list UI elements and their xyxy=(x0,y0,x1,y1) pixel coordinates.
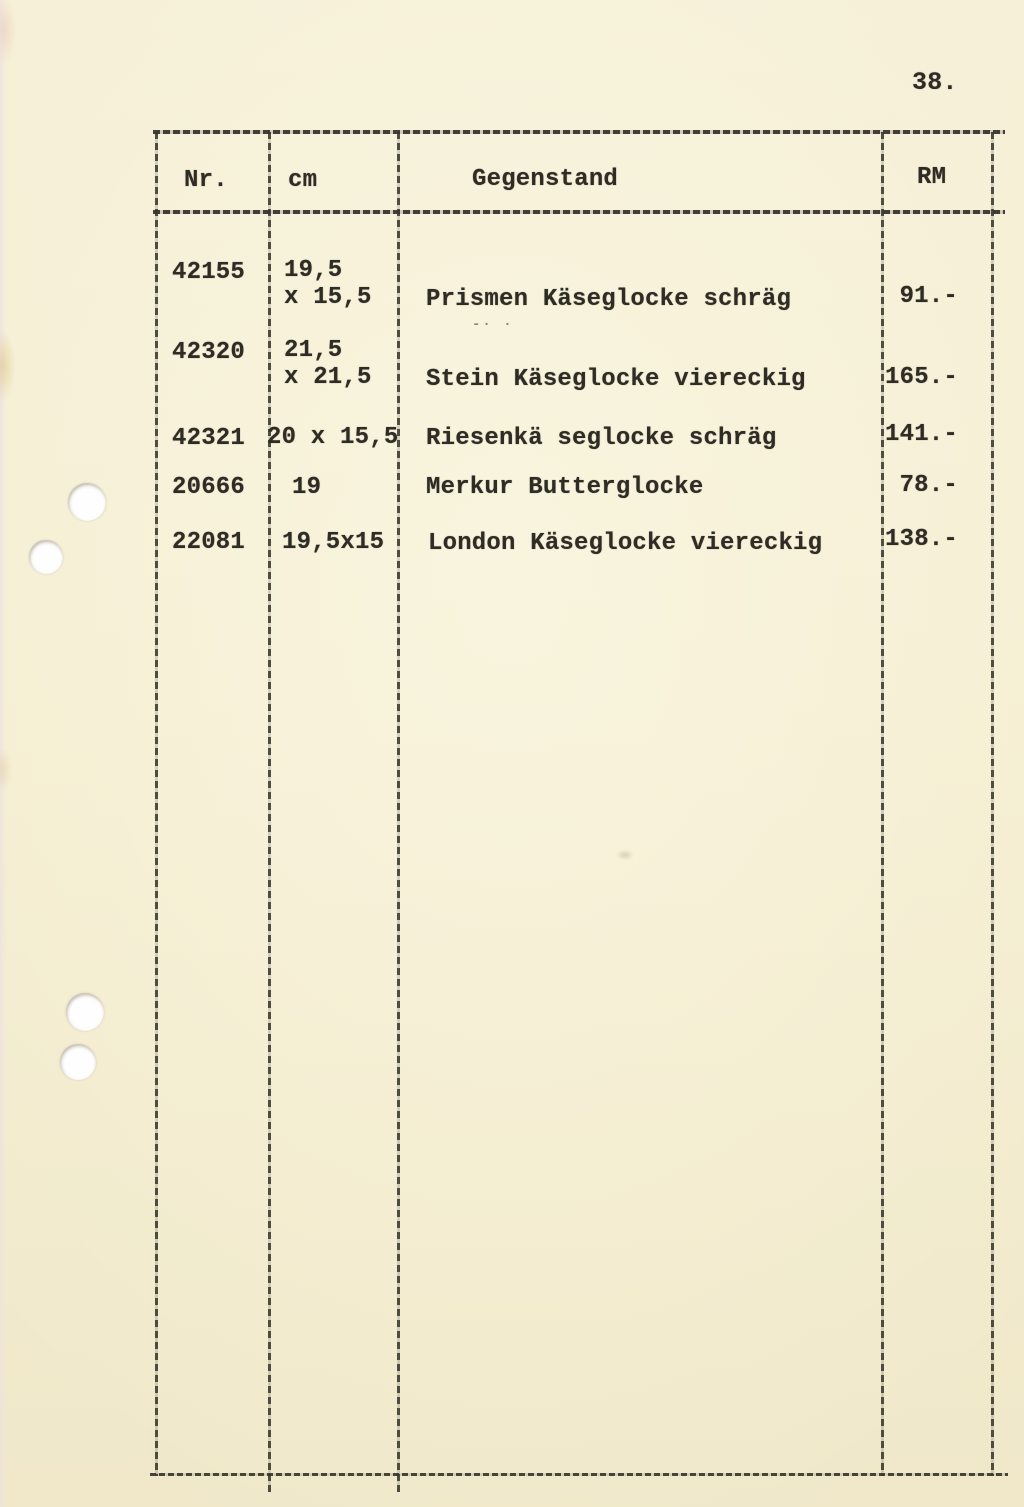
row-dimensions-line1: 20 x 15,5 xyxy=(267,426,398,450)
paper-left-edge xyxy=(0,0,6,1507)
row-nr: 42155 xyxy=(172,261,245,285)
row-price: 141.- xyxy=(848,423,958,447)
paper-background xyxy=(0,0,1024,1507)
stray-ink-mark: -· · xyxy=(472,317,514,333)
row-item: Prismen Käseglocke schräg xyxy=(426,288,791,312)
row-price: 165.- xyxy=(848,366,958,390)
table-divider-gegenstand-rm xyxy=(881,132,884,1476)
row-dimensions-line2: x 21,5 xyxy=(284,366,372,390)
row-dimensions-line1: 19 xyxy=(292,476,321,500)
table-border-bottom xyxy=(150,1473,1008,1476)
column-header-cm: cm xyxy=(288,169,317,193)
row-nr: 20666 xyxy=(172,476,245,500)
table-divider-nr-cm xyxy=(268,132,271,1492)
punch-hole xyxy=(29,540,63,574)
row-nr: 42321 xyxy=(172,427,245,451)
row-item: Riesenkä seglocke schräg xyxy=(426,427,776,451)
row-dimensions-line1: 21,5 xyxy=(284,339,342,363)
table-divider-cm-gegenstand xyxy=(397,132,400,1492)
page-number: 38. xyxy=(912,70,958,95)
column-header-nr: Nr. xyxy=(184,169,228,193)
punch-hole xyxy=(60,1044,96,1080)
row-item: Stein Käseglocke viereckig xyxy=(426,368,806,392)
row-item: London Käseglocke viereckig xyxy=(428,532,822,556)
table-border-left xyxy=(155,132,158,1476)
row-price: 78.- xyxy=(848,474,958,498)
row-price: 138.- xyxy=(848,528,958,552)
column-header-rm: RM xyxy=(917,166,946,190)
row-nr: 22081 xyxy=(172,531,245,555)
punch-hole xyxy=(68,483,106,521)
table-header-separator xyxy=(153,210,1005,214)
row-price: 91.- xyxy=(848,285,958,309)
table-border-right xyxy=(991,132,994,1476)
column-header-gegenstand: Gegenstand xyxy=(472,168,618,192)
row-nr: 42320 xyxy=(172,341,245,365)
row-item: Merkur Butterglocke xyxy=(426,476,703,500)
row-dimensions-line2: x 15,5 xyxy=(284,286,372,310)
row-dimensions-line1: 19,5 xyxy=(284,259,342,283)
row-dimensions-line1: 19,5x15 xyxy=(282,531,384,555)
table-border-top xyxy=(153,130,1005,134)
punch-hole xyxy=(66,993,104,1031)
